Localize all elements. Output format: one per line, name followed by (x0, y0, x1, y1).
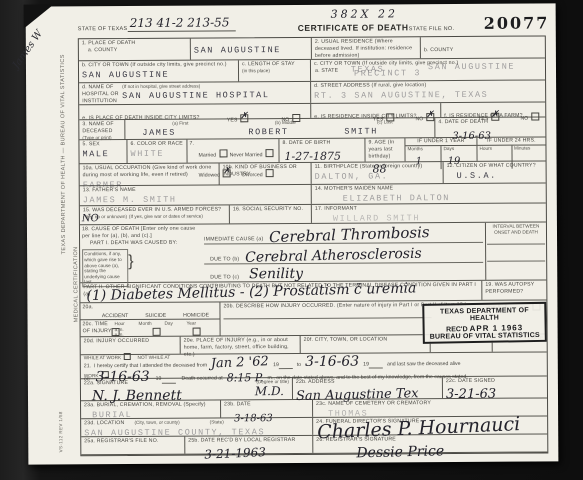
registrar-signature-value: Dessie Price (356, 444, 444, 460)
kind-of-business-cell: 10b. KIND OF BUSINESS OR INDUSTRY (220, 163, 312, 185)
informant-cell: 17. INFORMANT WILLARD SMITH (312, 203, 546, 222)
last-name-label: (c) Last (338, 119, 431, 125)
fathers-name-label: 13. FATHER'S NAME (83, 186, 308, 194)
birthplace-cell: 11. BIRTHPLACE (State or foreign country… (312, 162, 444, 184)
citizen-cell: 12. CITIZEN OF WHAT COUNTRY? U.S.A. (444, 161, 546, 183)
name-of-deceased-cell: 3. NAME OF DECEASED (Type or print) (79, 120, 125, 139)
first-name-label: (a) First (128, 120, 232, 126)
residence-state-cell: 2. USUAL RESIDENCE (Where deceased lived… (311, 37, 421, 59)
handwritten-file-annotation: 382X 22 (331, 7, 398, 20)
certify-statement-cell: 21. I hereby certify that I attended the… (81, 352, 547, 378)
fathers-name-cell: 13. FATHER'S NAME JAMES M. SMITH (80, 185, 312, 205)
age-cell: 9. AGE (In years last birthday) 88 (365, 138, 405, 161)
date-of-death-label: 4. DATE OF DEATH (438, 118, 542, 125)
suicide-checkbox (152, 328, 160, 336)
county-of-death-value: SAN AUGUSTINE (194, 45, 308, 56)
location-sublabel-2: (State) (210, 419, 224, 426)
informant-label: 17. INFORMANT (315, 204, 543, 212)
county-of-death-value-cell: SAN AUGUSTINE (191, 38, 311, 60)
street-address-value: RT. 3 SAN AUGUSTINE, TEXAS (314, 89, 542, 100)
residence-inside-city-limits-cell: e. IS RESIDENCE INSIDE CITY LIMITS? YES … (311, 103, 441, 118)
death-inside-city-limits-cell: e. IS PLACE OF DEATH INSIDE CITY LIMITS?… (79, 104, 311, 119)
city-of-death-cell: b. CITY OR TOWN (If outside city limits,… (79, 60, 239, 82)
state-of-texas-label: STATE OF TEXAS (78, 26, 128, 32)
margin-department-text: TEXAS DEPARTMENT OF HEALTH — BUREAU OF V… (60, 54, 67, 254)
item-21-number: 21. (84, 362, 91, 370)
residence-county-label: b. COUNTY (424, 47, 454, 53)
date-signed-label: 22c. DATE SIGNED (446, 377, 544, 384)
length-of-stay-sublabel: (in this place) (242, 68, 307, 74)
armed-forces-sublabel-2: (If yes, give war or dates of service) (129, 213, 203, 219)
received-stamp: TEXAS DEPARTMENT OF HEALTH REC'D APR 1 1… (422, 302, 547, 344)
brace-glyph: } (128, 249, 134, 287)
burial-location-cell: 23d. LOCATION (City, town, or county) (S… (81, 418, 313, 436)
residence-county-cell: b. COUNTY SAN AUGUSTINE (421, 36, 545, 58)
burial-date-label: 23b. DATE (224, 401, 309, 408)
burial-date-cell: 23b. DATE 3-18-63 (221, 400, 313, 418)
homicide-checkbox (193, 328, 201, 336)
date-of-birth-cell: 8. DATE OF BIRTH 1-27-1875 (279, 139, 365, 163)
injury-occurred-label: 20d. INJURY OCCURRED (84, 338, 177, 345)
suicide-label: SUICIDE (145, 313, 166, 319)
residence-city-value: PRECINCT 3 (354, 67, 542, 78)
birthplace-value: DALTON, GA. (315, 171, 440, 182)
to-label: to (297, 361, 301, 369)
certificate-title: CERTIFICATE OF DEATH (298, 22, 409, 33)
state-file-no-label: STATE FILE NO. (409, 26, 455, 32)
injury-occurred-cell: 20d. INJURY OCCURRED WHILE AT WORK NOT W… (81, 337, 181, 355)
time-of-injury-label: 20c. TIME OF INJURY (83, 321, 115, 338)
color-or-race-cell: 6. COLOR OR RACE WHITE (127, 140, 187, 163)
length-of-stay-cell: c. LENGTH OF STAY (in this place) (239, 60, 311, 81)
fathers-name-value: JAMES M. SMITH (83, 194, 308, 205)
citizen-label: 12. CITIZEN OF WHAT COUNTRY? (447, 162, 543, 169)
signature-label: 22a. SIGNATURE (84, 380, 128, 387)
kind-of-business-label: 10b. KIND OF BUSINESS OR INDUSTRY (223, 164, 308, 178)
never-married-checkbox (265, 149, 273, 157)
place-of-injury-cell: 20e. PLACE OF INJURY (e.g., in or about … (181, 336, 301, 354)
form-number-text: VS-112 REV 1/58 (58, 411, 63, 452)
city-of-death-label: b. CITY OR TOWN (If outside city limits,… (82, 61, 235, 69)
county-of-death-label: a. COUNTY (82, 46, 187, 53)
funeral-director-cell: 24. FUNERAL DIRECTOR'S SIGNATURE Charles… (313, 416, 547, 434)
social-security-label: 16. SOCIAL SECURITY NO. (233, 206, 308, 213)
under-one-year-cell: IF UNDER 1 YEAR Months 1 Days 19 (405, 138, 477, 161)
injury-city-label: 20f. CITY, TOWN, OR LOCATION (304, 336, 427, 344)
location-sublabel-1: (City, town, or county) (134, 420, 179, 427)
accident-group-label: 20a. (82, 304, 93, 318)
part1-label: PART I. DEATH WAS CAUSED BY: (82, 239, 200, 246)
hospital-label: d. NAME OF HOSPITAL OR INSTITUTION (82, 84, 122, 104)
cause-of-death-label: 18. CAUSE OF DEATH [Enter only one cause… (82, 226, 200, 240)
married-checkbox (219, 149, 227, 157)
degree-value: M.D. (255, 385, 284, 397)
due-to-c-label: DUE TO (c) (210, 275, 239, 282)
color-or-race-value: WHITE (130, 148, 183, 158)
first-name-cell: (a) First JAMES (125, 119, 235, 139)
certificate-paper: TEXAS DEPARTMENT OF HEALTH — BUREAU OF V… (26, 3, 559, 464)
part2-cell: PART II. OTHER SIGNIFICANT CONDITIONS CO… (80, 281, 482, 302)
cemetery-label: 23c. NAME OF CEMETERY OR CREMATORY (316, 399, 544, 407)
months-label: Months (407, 146, 438, 152)
mothers-maiden-name-cell: 14. MOTHER'S MAIDEN NAME ELIZABETH DALTO… (312, 183, 546, 203)
first-name-value: JAMES (142, 127, 232, 138)
injury-left-cell: 20a. ACCIDENT SUICIDE HOMICIDE 20c. TIME… (80, 302, 220, 336)
immediate-cause-value: Cerebral Thrombosis (269, 225, 430, 245)
residence-city-cell: c. CITY OR TOWN (If outside city limits,… (311, 58, 545, 80)
hospital-cell: d. NAME OF HOSPITAL OR INSTITUTION (If n… (79, 82, 311, 104)
autopsy-cell: 19. WAS AUTOPSY PERFORMED? YES NO (482, 280, 546, 299)
state-file-number-stamp: 20077 (484, 13, 550, 32)
due-to-b-value: Cerebral Atherosclerosis (245, 246, 422, 264)
mothers-maiden-name-value: ELIZABETH DALTON (343, 192, 543, 203)
cause-of-death-cell: 18. CAUSE OF DEATH [Enter only one cause… (80, 222, 546, 282)
minutes-label: Minutes (514, 145, 544, 151)
color-or-race-label: 6. COLOR OR RACE (130, 141, 183, 148)
residence-on-farm-cell: f. IS RESIDENCE ON A FARM? YES✗ NO (441, 102, 545, 117)
street-address-label: d. STREET ADDRESS (If rural, give locati… (314, 81, 542, 89)
location-label: 23d. LOCATION (84, 420, 124, 427)
usual-occupation-label: 10a. USUAL OCCUPATION (Give kind of work… (83, 164, 216, 178)
immediate-cause-label: IMMEDIATE CAUSE (a) (204, 236, 263, 243)
date-of-birth-label: 8. DATE OF BIRTH (282, 140, 361, 147)
stamp-line-3: BUREAU OF VITAL STATISTICS (425, 332, 545, 341)
middle-name-cell: (b) Middle ROBERT (235, 119, 335, 139)
armed-forces-value: NO (82, 213, 99, 224)
stamp-line-1: TEXAS DEPARTMENT OF HEALTH (424, 307, 544, 323)
usual-residence-label: 2. USUAL RESIDENCE (Where deceased lived… (315, 38, 417, 59)
conditions-note: Conditions, if any, which gave rise to a… (82, 249, 128, 287)
last-saw-text: and last saw the deceased alive (387, 360, 461, 369)
married-label: Married (199, 152, 217, 158)
date-received-cell: 25b. DATE REC'D BY LOCAL REGISTRAR 3-21-… (185, 436, 313, 454)
date-received-value: 3-21-1963 (204, 446, 266, 461)
registrar-file-no-cell: 25a. REGISTRAR'S FILE NO. (81, 437, 185, 455)
address-label: 22b. ADDRESS (296, 378, 439, 386)
armed-forces-cell: 15. WAS DECEASED EVER IN U.S. ARMED FORC… (80, 205, 230, 224)
interval-label: INTERVAL BETWEEN ONSET AND DEATH (487, 223, 545, 235)
certificate-form: 1. PLACE OF DEATH a. COUNTY SAN AUGUSTIN… (78, 35, 549, 456)
sex-value: MALE (82, 149, 123, 159)
due-to-c-value: Senility (249, 267, 303, 281)
registrar-file-no-label: 25a. REGISTRAR'S FILE NO. (84, 438, 181, 445)
burial-cell: 23a. BURIAL, CREMATION, REMOVAL (Specify… (81, 400, 221, 418)
middle-name-value: ROBERT (248, 126, 332, 137)
place-of-death-county-cell: 1. PLACE OF DEATH a. COUNTY (79, 39, 191, 61)
autopsy-label: 19. WAS AUTOPSY PERFORMED? (485, 281, 543, 295)
burial-label: 23a. BURIAL, CREMATION, REMOVAL (Specify… (84, 401, 217, 409)
usual-occupation-cell: 10a. USUAL OCCUPATION (Give kind of work… (80, 163, 220, 185)
last-name-cell: (c) Last SMITH (335, 118, 435, 138)
hospital-sublabel: (If not in hospital, give street address… (122, 83, 307, 90)
date-received-label: 25b. DATE REC'D BY LOCAL REGISTRAR (188, 437, 309, 444)
physician-signature-cell: 22a. SIGNATURE (Degree or title) N. J. B… (81, 378, 293, 400)
accident-label: ACCIDENT (102, 313, 129, 319)
accident-checkbox (112, 328, 120, 336)
due-to-b-label: DUE TO (b) (210, 256, 239, 263)
sex-cell: 5. SEX MALE (79, 140, 127, 163)
hospital-value: SAN AUGUSTINE HOSPITAL (122, 90, 307, 101)
city-of-death-value: SAN AUGUSTINE (82, 69, 235, 80)
residence-city-label: c. CITY OR TOWN (If outside city limits,… (314, 59, 542, 67)
physician-address-cell: 22b. ADDRESS San Augustine Tex (293, 377, 443, 399)
date-signed-cell: 22c. DATE SIGNED 3-21-63 (443, 376, 547, 398)
marital-status-cell: 7. Married Never Married Widowed✗ Divorc… (187, 139, 279, 163)
marital-status-label: 7. (189, 141, 194, 148)
date-of-death-cell: 4. DATE OF DEATH 3-16-63 (435, 117, 545, 137)
birthplace-label: 11. BIRTHPLACE (State or foreign country… (315, 163, 440, 171)
hours-label: Hours (479, 145, 509, 151)
injury-city-cell: 20f. CITY, TOWN, OR LOCATION (301, 335, 431, 353)
last-name-value: SMITH (344, 126, 431, 137)
date-of-birth-value: 1-27-1875 (284, 149, 341, 162)
homicide-label: HOMICIDE (183, 313, 209, 319)
attended-to-value: 3-16-63 (305, 355, 359, 369)
day-label: Day (165, 321, 187, 338)
age-label: 9. AGE (In years last birthday) (368, 139, 401, 159)
handwritten-register-number: 213 41-2 213-55 (128, 15, 236, 32)
street-address-cell: d. STREET ADDRESS (If rural, give locati… (311, 80, 545, 102)
middle-name-label: (b) Middle (238, 120, 332, 126)
under-24-hours-cell: IF UNDER 24 HRS. Hours Minutes (477, 137, 545, 160)
social-security-cell: 16. SOCIAL SECURITY NO. (230, 205, 312, 224)
citizen-value: U.S.A. (457, 170, 543, 181)
never-married-label: Never Married (230, 152, 263, 158)
sex-label: 5. SEX (82, 141, 123, 148)
mothers-maiden-name-label: 14. MOTHER'S MAIDEN NAME (315, 184, 543, 192)
days-label: Days (443, 146, 474, 152)
attended-from-value: Jan 2 '62 (211, 355, 269, 370)
